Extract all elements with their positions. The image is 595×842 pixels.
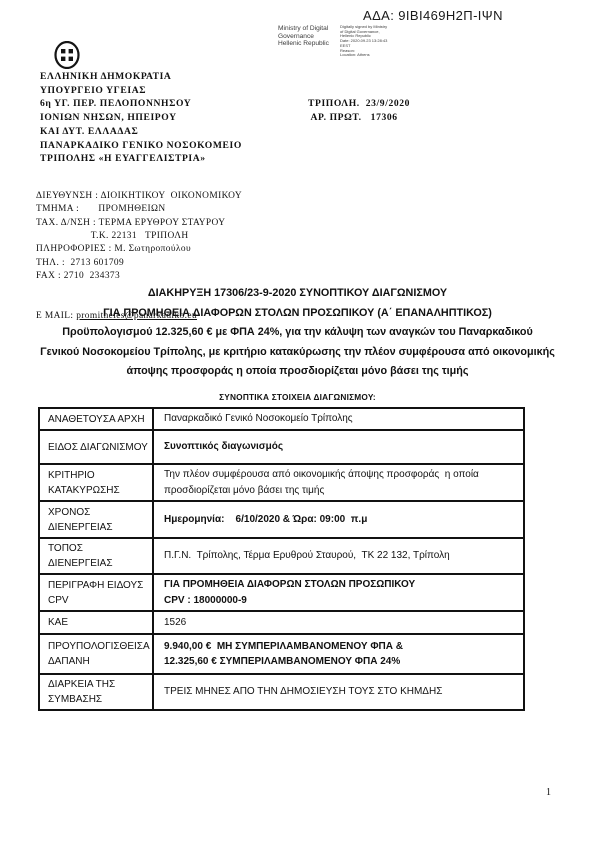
value-line: 9.940,00 € ΜΗ ΣΥΜΠΕΡΙΛΑΜΒΑΝΟΜΕΝΟΥ ΦΠΑ & <box>164 639 517 655</box>
table-row: ΤΟΠΟΣ ΔΙΕΝΕΡΓΕΙΑΣΠ.Γ.Ν. Τρίπολης, Τέρμα … <box>40 537 523 573</box>
page-number: 1 <box>546 787 551 798</box>
ada-code: ΑΔΑ: 9ΙΒΙ469Η2Π-ΙΨΝ <box>363 8 503 23</box>
text-line: ΔΙΑΚΗΡΥΞΗ 17306/23-9-2020 ΣΥΝΟΠΤΙΚΟΥ ΔΙΑ… <box>20 284 575 304</box>
row-label: ΠΕΡΙΓΡΑΦΗ ΕΙΔΟΥΣ CPV <box>40 575 152 610</box>
table-caption: ΣΥΝΟΠΤΙΚΑ ΣΤΟΙΧΕΙΑ ΔΙΑΓΩΝΙΣΜΟΥ: <box>0 392 595 402</box>
row-value: Συνοπτικός διαγωνισμός <box>152 431 523 463</box>
table-row: ΑΝΑΘΕΤΟΥΣΑ ΑΡΧΗΠαναρκαδικό Γενικό Νοσοκο… <box>40 409 523 429</box>
stamp-signature-details: Digitally signed by Ministryof Digital G… <box>340 25 426 58</box>
text-line: ΠΛΗΡΟΦΟΡΙΕΣ : Μ. Σωτηροπούλου <box>36 243 242 256</box>
row-label: ΕΙΔΟΣ ΔΙΑΓΩΝΙΣΜΟΥ <box>40 431 152 463</box>
value-line: CPV : 18000000-9 <box>164 593 517 609</box>
text-line: ΓΙΑ ΠΡΟΜΗΘΕΙΑ ΔΙΑΦΟΡΩΝ ΣΤΟΛΩΝ ΠΡΟΣΩΠΙΚΟΥ… <box>20 304 575 324</box>
value-line: Π.Γ.Ν. Τρίπολης, Τέρμα Ερυθρού Σταυρού, … <box>164 548 517 564</box>
row-label: ΚΑΕ <box>40 612 152 633</box>
row-value: 9.940,00 € ΜΗ ΣΥΜΠΕΡΙΛΑΜΒΑΝΟΜΕΝΟΥ ΦΠΑ &1… <box>152 635 523 673</box>
text-line: Hellenic Republic <box>278 40 336 48</box>
text-line: ΔΙΕΥΘΥΝΣΗ : ΔΙΟΙΚΗΤΙΚΟΥ ΟΙΚΟΝΟΜΙΚΟΥ <box>36 190 242 203</box>
summary-table: ΑΝΑΘΕΤΟΥΣΑ ΑΡΧΗΠαναρκαδικό Γενικό Νοσοκο… <box>38 407 525 711</box>
value-line: 1526 <box>164 615 517 631</box>
value-line: Παναρκαδικό Γενικό Νοσοκομείο Τρίπολης <box>164 411 517 427</box>
text-line: ΙΟΝΙΩΝ ΝΗΣΩΝ, ΗΠΕΙΡΟΥ <box>40 111 242 125</box>
text-line: Governance <box>278 33 336 41</box>
text-line: Προϋπολογισμού 12.325,60 € με ΦΠΑ 24%, γ… <box>20 323 575 343</box>
table-row: ΠΕΡΙΓΡΑΦΗ ΕΙΔΟΥΣ CPVΓΙΑ ΠΡΟΜΗΘΕΙΑ ΔΙΑΦΟΡ… <box>40 573 523 610</box>
value-line: ΓΙΑ ΠΡΟΜΗΘΕΙΑ ΔΙΑΦΟΡΩΝ ΣΤΟΛΩΝ ΠΡΟΣΩΠΙΚΟΥ <box>164 577 517 593</box>
text-line: Location: Athens <box>340 53 426 58</box>
value-line: 12.325,60 € ΣΥΜΠΕΡΙΛΑΜΒΑΝΟΜΕΝΟΥ ΦΠΑ 24% <box>164 654 517 670</box>
value-line: ΤΡΕΙΣ ΜΗΝΕΣ ΑΠΟ ΤΗΝ ΔΗΜΟΣΙΕΥΣΗ ΤΟΥΣ ΣΤΟ … <box>164 684 517 700</box>
document-title: ΔΙΑΚΗΡΥΞΗ 17306/23-9-2020 ΣΥΝΟΠΤΙΚΟΥ ΔΙΑ… <box>20 284 575 382</box>
text-line: ΚΑΙ ΔΥΤ. ΕΛΛΑΔΑΣ <box>40 125 242 139</box>
protocol-block: ΤΡΙΠΟΛΗ. 23/9/2020 ΑΡ. ΠΡΩΤ. 17306 <box>308 97 410 124</box>
text-line: άποψης προσφοράς η οποία προσδιορίζεται … <box>20 362 575 382</box>
text-line: ΤΑΧ. Δ/ΝΣΗ : ΤΕΡΜΑ ΕΡΥΘΡΟΥ ΣΤΑΥΡΟΥ <box>36 217 242 230</box>
table-row: ΚΑΕ1526 <box>40 610 523 633</box>
text-line: ΑΡ. ΠΡΩΤ. 17306 <box>308 111 410 125</box>
text-line: ΥΠΟΥΡΓΕΙΟ ΥΓΕΙΑΣ <box>40 84 242 98</box>
value-line: Ημερομηνία: 6/10/2020 & Ώρα: 09:00 π.μ <box>164 512 517 528</box>
row-value: ΤΡΕΙΣ ΜΗΝΕΣ ΑΠΟ ΤΗΝ ΔΗΜΟΣΙΕΥΣΗ ΤΟΥΣ ΣΤΟ … <box>152 675 523 709</box>
text-line: ΠΑΝΑΡΚΑΔΙΚΟ ΓΕΝΙΚΟ ΝΟΣΟΚΟΜΕΙΟ <box>40 139 242 153</box>
table-row: ΚΡΙΤΗΡΙΟ ΚΑΤΑΚΥΡΩΣΗΣΤην πλέον συμφέρουσα… <box>40 463 523 500</box>
stamp-agency-text: Ministry of DigitalGovernanceHellenic Re… <box>278 25 336 58</box>
row-label: ΑΝΑΘΕΤΟΥΣΑ ΑΡΧΗ <box>40 409 152 429</box>
greek-coat-of-arms-icon <box>54 41 80 69</box>
table-row: ΠΡΟΥΠΟΛΟΓΙΣΘΕΙΣΑ ΔΑΠΑΝΗ9.940,00 € ΜΗ ΣΥΜ… <box>40 633 523 673</box>
row-value: ΓΙΑ ΠΡΟΜΗΘΕΙΑ ΔΙΑΦΟΡΩΝ ΣΤΟΛΩΝ ΠΡΟΣΩΠΙΚΟΥ… <box>152 575 523 610</box>
document-page: ΑΔΑ: 9ΙΒΙ469Η2Π-ΙΨΝ Ministry of DigitalG… <box>0 0 595 842</box>
table-row: ΔΙΑΡΚΕΙΑ ΤΗΣ ΣΥΜΒΑΣΗΣΤΡΕΙΣ ΜΗΝΕΣ ΑΠΟ ΤΗΝ… <box>40 673 523 709</box>
row-value: Την πλέον συμφέρουσα από οικονομικής άπο… <box>152 465 523 500</box>
text-line: ΤΗΛ. : 2713 601709 <box>36 257 242 270</box>
issuer-block: ΕΛΛΗΝΙΚΗ ΔΗΜΟΚΡΑΤΙΑΥΠΟΥΡΓΕΙΟ ΥΓΕΙΑΣ6η ΥΓ… <box>40 70 242 166</box>
text-line: ΤΜΗΜΑ : ΠΡΟΜΗΘΕΙΩΝ <box>36 203 242 216</box>
value-line: Την πλέον συμφέρουσα από οικονομικής άπο… <box>164 467 517 498</box>
row-value: Ημερομηνία: 6/10/2020 & Ώρα: 09:00 π.μ <box>152 502 523 537</box>
row-value: 1526 <box>152 612 523 633</box>
text-line: ΕΛΛΗΝΙΚΗ ΔΗΜΟΚΡΑΤΙΑ <box>40 70 242 84</box>
text-line: Τ.Κ. 22131 ΤΡΙΠΟΛΗ <box>36 230 242 243</box>
row-label: ΠΡΟΥΠΟΛΟΓΙΣΘΕΙΣΑ ΔΑΠΑΝΗ <box>40 635 152 673</box>
contact-lines: ΔΙΕΥΘΥΝΣΗ : ΔΙΟΙΚΗΤΙΚΟΥ ΟΙΚΟΝΟΜΙΚΟΥΤΜΗΜΑ… <box>36 190 242 284</box>
text-line: Γενικού Νοσοκομείου Τρίπολης, με κριτήρι… <box>20 343 575 363</box>
row-label: ΧΡΟΝΟΣ ΔΙΕΝΕΡΓΕΙΑΣ <box>40 502 152 537</box>
digital-signature-stamp: Ministry of DigitalGovernanceHellenic Re… <box>278 25 426 58</box>
text-line: 6η ΥΓ. ΠΕΡ. ΠΕΛΟΠΟΝΝΗΣΟΥ <box>40 97 242 111</box>
row-value: Π.Γ.Ν. Τρίπολης, Τέρμα Ερυθρού Σταυρού, … <box>152 539 523 573</box>
row-label: ΚΡΙΤΗΡΙΟ ΚΑΤΑΚΥΡΩΣΗΣ <box>40 465 152 500</box>
text-line: FAX : 2710 234373 <box>36 270 242 283</box>
table-row: ΕΙΔΟΣ ΔΙΑΓΩΝΙΣΜΟΥΣυνοπτικός διαγωνισμός <box>40 429 523 463</box>
text-line: ΤΡΙΠΟΛΗ. 23/9/2020 <box>308 97 410 111</box>
row-label: ΔΙΑΡΚΕΙΑ ΤΗΣ ΣΥΜΒΑΣΗΣ <box>40 675 152 709</box>
row-value: Παναρκαδικό Γενικό Νοσοκομείο Τρίπολης <box>152 409 523 429</box>
row-label: ΤΟΠΟΣ ΔΙΕΝΕΡΓΕΙΑΣ <box>40 539 152 573</box>
value-line: Συνοπτικός διαγωνισμός <box>164 439 517 455</box>
table-row: ΧΡΟΝΟΣ ΔΙΕΝΕΡΓΕΙΑΣΗμερομηνία: 6/10/2020 … <box>40 500 523 537</box>
text-line: Ministry of Digital <box>278 25 336 33</box>
